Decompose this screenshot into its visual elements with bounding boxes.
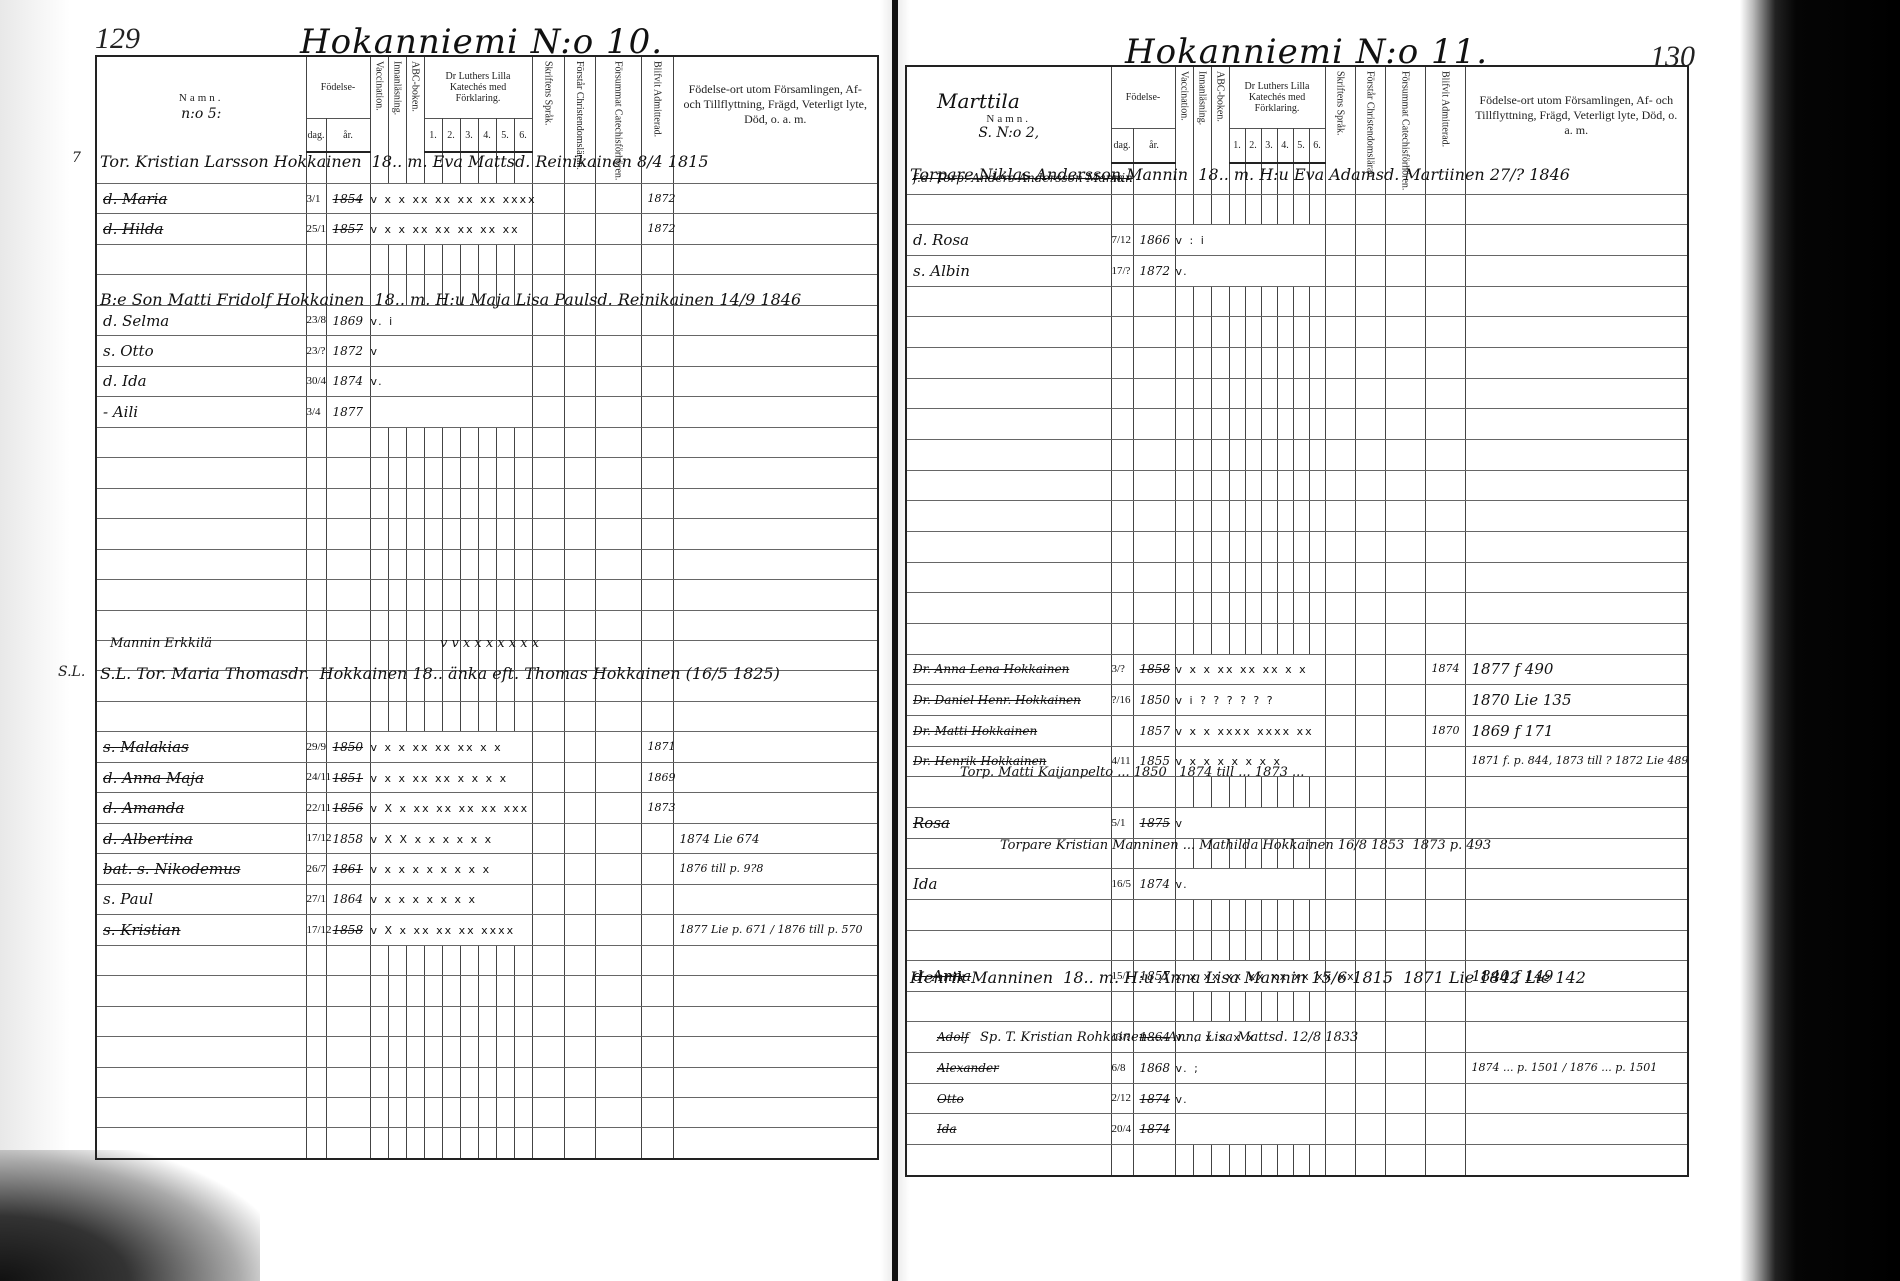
entry-name: Ida (907, 875, 937, 893)
entry-name: Dr. Anna Lena Hokkainen (907, 662, 1069, 676)
exam-marks: v x x x x x x x x (371, 863, 492, 876)
birth-day: 17/? (1112, 266, 1131, 277)
col-header-cat-4: 4. (1277, 129, 1293, 163)
table-row (906, 899, 1688, 930)
remarks-text: 1876 till p. 9?8 (674, 862, 764, 875)
exam-marks: v x x xxxx xxxx xx (1176, 725, 1314, 738)
admitted-year: 1874 (1426, 662, 1460, 675)
col-header-cat-4: 4. (478, 118, 496, 152)
admitted-year: 1870 (1426, 724, 1460, 737)
birth-day: 23/? (307, 346, 326, 357)
table-row: s. Malakias29/91850v x x xx xx xx x x187… (96, 732, 878, 762)
col-header-catechism: Dr Luthers Lilla Katechés med Förklaring… (424, 56, 532, 118)
exam-marks-above: v v x x x x x x x (440, 636, 539, 651)
table-row: d. Amanda22/111856v X x xx xx xx xx xxx1… (96, 793, 878, 823)
entry-name: s. Albin (907, 262, 970, 280)
birth-year: 1866 (1134, 233, 1171, 247)
remarks-text: 1874 Lie 674 (674, 832, 760, 846)
exam-marks: v. ; (1176, 1062, 1200, 1075)
col-header-forsummat: Försummat Catechisförhören. (1385, 66, 1425, 163)
header-row: Marttila Namn. S. N:o 2, Födelse- Vaccin… (906, 66, 1688, 129)
entry-name: d. Rosa (907, 231, 969, 249)
entry-name: s. Malakias (97, 738, 189, 756)
table-row (96, 427, 878, 457)
exam-marks: v x x xx xx xx xx xx (371, 223, 520, 236)
entry-name: - Aili (97, 403, 138, 421)
col-header-admitterad: Blifvit Admitterad. (641, 56, 673, 152)
exam-marks: v. (371, 375, 384, 388)
entry-name: Dr. Daniel Henr. Hokkainen (907, 693, 1081, 707)
col-header-name: Namn. n:o 5: (96, 56, 306, 152)
household-number: n:o 5: (97, 106, 306, 122)
table-row: bat. s. Nikodemus26/71861v x x x x x x x… (96, 854, 878, 884)
right-page: Hokanniemi N:o 11. 130 Marttila Namn. S.… (900, 0, 1740, 1281)
admitted-year: 1872 (642, 222, 676, 235)
exam-marks: v. (1176, 878, 1189, 891)
margin-mark: S.L. (58, 664, 85, 680)
col-header-innanlasning: Innanläsning. (1193, 66, 1211, 163)
exam-marks: v X x xx xx xx xxxx (371, 924, 516, 937)
table-row: d. Ida30/41874v. (96, 366, 878, 396)
exam-marks: v X X x x x x x x (371, 833, 494, 846)
col-header-remarks: Födelse-ort utom Församlingen, Af- och T… (673, 56, 878, 152)
table-row (906, 317, 1688, 348)
table-row: d. Selma23/81869v. i (96, 305, 878, 335)
table-row: Dr. Matti Hokkainen1857v x x xxxx xxxx x… (906, 715, 1688, 746)
table-row (96, 1006, 878, 1036)
interlinear-note: Mannin Erkkilä (110, 636, 212, 651)
table-row: Ida16/51874v. (906, 869, 1688, 900)
col-header-cat-2: 2. (442, 118, 460, 152)
col-header-vaccination: Vaccination. (1175, 66, 1193, 163)
col-header-name: Marttila Namn. S. N:o 2, (906, 66, 1111, 163)
entry-name: Rosa (907, 814, 950, 832)
col-header-vaccination: Vaccination. (370, 56, 388, 152)
entry-name: d. Ida (97, 372, 147, 390)
table-row (96, 701, 878, 731)
table-row (96, 1128, 878, 1159)
birth-day: 20/4 (1112, 1124, 1132, 1135)
col-header-year: år. (1133, 129, 1175, 163)
table-row: Dr. Anna Lena Hokkainen3/?1858v x x xx x… (906, 654, 1688, 685)
col-header-cat-1: 1. (424, 118, 442, 152)
table-row (96, 519, 878, 549)
birth-day: 29/9 (307, 742, 327, 753)
birth-year: 1868 (1134, 1061, 1171, 1075)
col-header-abc: ABC-boken. (1211, 66, 1229, 163)
birth-day: 27/1 (307, 894, 327, 905)
birth-day: 23/8 (307, 315, 327, 326)
col-header-admitterad: Blifvit Admitterad. (1425, 66, 1465, 163)
birth-year: 1874 (1134, 877, 1171, 891)
table-row (96, 1037, 878, 1067)
table-row: d. Hilda25/11857v x x xx xx xx xx xx1872 (96, 214, 878, 244)
scan-border-right (1740, 0, 1900, 1281)
remarks-text: 1871 f. p. 844, 1873 till ? 1872 Lie 489 (1466, 754, 1689, 767)
table-row (96, 945, 878, 975)
entry-name: Dr. Matti Hokkainen (907, 724, 1037, 738)
remarks-text: 1877 Lie p. 671 / 1876 till p. 570 (674, 923, 863, 936)
table-row: d. Rosa7/121866v : i (906, 225, 1688, 256)
birth-year: 1875 (1134, 816, 1171, 830)
col-header-skriftens: Skriftens Språk. (1325, 66, 1355, 163)
admitted-year: 1869 (642, 771, 676, 784)
table-row (906, 623, 1688, 654)
col-header-cat-6: 6. (514, 118, 532, 152)
table-row: Dr. Daniel Henr. Hokkainen?/161850v i ? … (906, 685, 1688, 716)
entry-name: d. Selma (97, 312, 169, 330)
household-head-entry: Torpare Kristian Manninen ... Mathilda H… (1000, 838, 1491, 853)
table-row (96, 244, 878, 274)
birth-day: 5/1 (1112, 818, 1126, 829)
table-row (906, 562, 1688, 593)
table-row (906, 378, 1688, 409)
header-row: Namn. n:o 5: Födelse- Vaccination. Innan… (96, 56, 878, 118)
col-header-cat-1: 1. (1229, 129, 1245, 163)
table-row (906, 470, 1688, 501)
entry-name: Adolf (907, 1030, 969, 1044)
table-row: Rosa5/11875v (906, 807, 1688, 838)
birth-year: 1864 (327, 892, 364, 906)
table-row (906, 501, 1688, 532)
entry-name: d. Anna Maja (97, 769, 204, 787)
table-row (906, 930, 1688, 961)
exam-marks: v x x xx xx xx xx xxxx (371, 193, 537, 206)
entry-name: d. Amanda (97, 799, 184, 817)
exam-marks: v. (1176, 1093, 1189, 1106)
entry-name: Alexander (907, 1061, 999, 1075)
table-row (906, 1145, 1688, 1176)
exam-marks: v x x xx xx x x x x (371, 772, 509, 785)
col-header-cat-3: 3. (1261, 129, 1277, 163)
table-row (906, 348, 1688, 379)
birth-year: 1856 (327, 801, 364, 815)
entry-name: d. Albertina (97, 830, 193, 848)
birth-year: 1872 (327, 344, 364, 358)
admitted-year: 1872 (642, 192, 676, 205)
col-header-forsummat: Försummat Catechisförhören. (595, 56, 641, 152)
exam-marks: v. (1176, 265, 1189, 278)
table-row: - Aili3/41877 (96, 397, 878, 427)
birth-year: 1857 (1134, 724, 1171, 738)
entry-name: d. Maria (97, 190, 167, 208)
birth-day: 7/12 (1112, 235, 1132, 246)
remarks-text: 1869 f 171 (1466, 722, 1554, 740)
birth-day: 3/? (1112, 664, 1125, 675)
table-row (96, 488, 878, 518)
table-row (96, 549, 878, 579)
col-header-skriftens: Skriftens Språk. (532, 56, 564, 152)
birth-year: 1858 (327, 832, 364, 846)
table-row: Ida20/41874 (906, 1114, 1688, 1145)
birth-year: 1869 (327, 314, 364, 328)
entry-name: bat. s. Nikodemus (97, 860, 240, 878)
household-head-entry: Torpare Niklas Andersson Mannin 18.. m. … (910, 165, 1570, 184)
margin-mark: 7 (72, 150, 81, 166)
birth-year: 1872 (1134, 264, 1171, 278)
left-page: 129 Hokanniemi N:o 10. Namn. n:o 5: Föde… (0, 0, 895, 1281)
household-head-entry: S.L. Tor. Maria Thomasdr. Hokkainen 18..… (100, 664, 780, 683)
table-row (96, 1067, 878, 1097)
entry-name: s. Otto (97, 342, 154, 360)
entry-name: s. Kristian (97, 921, 181, 939)
col-header-remarks: Födelse-ort utom Församlingen, Af- och T… (1465, 66, 1688, 163)
household-head-entry: Henrik Manninen 18.. m. H:u Anna Lisa Ma… (910, 968, 1586, 987)
birth-year: 1850 (1134, 693, 1171, 707)
table-row (906, 777, 1688, 808)
exam-marks: v X x xx xx xx xx xxx (371, 802, 530, 815)
table-row (906, 409, 1688, 440)
entry-name: s. Paul (97, 890, 153, 908)
birth-day: 6/8 (1112, 1063, 1126, 1074)
ledger-table: Marttila Namn. S. N:o 2, Födelse- Vaccin… (905, 65, 1689, 1177)
birth-year: 1858 (1134, 662, 1171, 676)
table-row (906, 286, 1688, 317)
birth-year: 1877 (327, 405, 364, 419)
birth-year: 1874 (1134, 1122, 1171, 1136)
col-header-catechism: Dr Luthers Lilla Katechés med Förklaring… (1229, 66, 1325, 129)
birth-day: 16/5 (1112, 879, 1132, 890)
table-row (906, 194, 1688, 225)
exam-marks: v. i (371, 315, 395, 328)
table-row: s. Otto23/?1872v (96, 336, 878, 366)
table-row: s. Paul27/11864v x x x x x x x (96, 884, 878, 914)
col-header-day: dag. (1111, 129, 1133, 163)
birth-day: 3/1 (307, 194, 321, 205)
table-row (906, 991, 1688, 1022)
birth-year: 1850 (327, 740, 364, 754)
birth-year: 1874 (327, 374, 364, 388)
col-header-year: år. (326, 118, 370, 152)
exam-marks: v (1176, 817, 1185, 830)
exam-marks: v x x xx xx xx x x (371, 741, 503, 754)
page-number: 129 (95, 22, 140, 56)
table-row: d. Anna Maja24/111851v x x xx xx x x x x… (96, 762, 878, 792)
exam-marks: v (371, 345, 380, 358)
birth-day: 3/4 (307, 407, 321, 418)
birth-day: 30/4 (307, 376, 327, 387)
col-header-cat-3: 3. (460, 118, 478, 152)
remarks-text: 1870 Lie 135 (1466, 691, 1572, 709)
entry-name: d. Hilda (97, 220, 163, 238)
birth-year: 1861 (327, 862, 364, 876)
birth-year: 1857 (327, 222, 364, 236)
birth-year: 1874 (1134, 1092, 1171, 1106)
col-header-birth: Födelse- (1111, 66, 1175, 129)
admitted-year: 1873 (642, 801, 676, 814)
table-row: d. Albertina17/121858v X X x x x x x x18… (96, 823, 878, 853)
col-header-innanlasning: Innanläsning. (388, 56, 406, 152)
table-row: s. Kristian17/121858v X x xx xx xx xxxx1… (96, 915, 878, 945)
table-row: d. Maria3/11854v x x xx xx xx xx xxxx187… (96, 183, 878, 213)
household-head-entry: Torp. Matti Kaijanpelto ... 1850 1874 ti… (960, 765, 1304, 780)
ledger-table: Namn. n:o 5: Födelse- Vaccination. Innan… (95, 55, 879, 1160)
table-row (96, 458, 878, 488)
exam-marks: v : i (1176, 234, 1206, 247)
entry-name: Ida (907, 1122, 957, 1136)
household-head-entry: Sp. T. Kristian Rohkainen ... Anna Lisa … (980, 1030, 1358, 1045)
birth-day: ?/16 (1112, 695, 1131, 706)
household-head-entry: Tor. Kristian Larsson Hokkainen 18.. m. … (100, 152, 709, 171)
col-header-cat-5: 5. (496, 118, 514, 152)
table-row (906, 531, 1688, 562)
birth-year: 1858 (327, 923, 364, 937)
col-header-forstar: Förstår Christendomsläran. (564, 56, 595, 152)
table-row (906, 440, 1688, 471)
birth-day: 2/12 (1112, 1093, 1132, 1104)
remarks-text: 1874 ... p. 1501 / 1876 ... p. 1501 (1466, 1061, 1658, 1074)
col-header-abc: ABC-boken. (406, 56, 424, 152)
table-row: s. Albin17/?1872v. (906, 256, 1688, 287)
exam-marks: v x x xx xx xx x x (1176, 663, 1308, 676)
table-row (96, 1098, 878, 1128)
table-row (906, 593, 1688, 624)
household-head-entry: B:e Son Matti Fridolf Hokkainen 18.. m. … (100, 290, 801, 309)
birth-year: 1851 (327, 771, 364, 785)
table-row (96, 580, 878, 610)
col-header-cat-5: 5. (1293, 129, 1309, 163)
entry-name: Otto (907, 1092, 964, 1106)
birth-day: 25/1 (307, 224, 327, 235)
village-name: Marttila (907, 89, 1111, 113)
col-header-cat-2: 2. (1245, 129, 1261, 163)
table-row: Alexander6/81868v. ;1874 ... p. 1501 / 1… (906, 1053, 1688, 1084)
col-header-birth: Födelse- (306, 56, 370, 118)
table-row (96, 976, 878, 1006)
household-number: S. N:o 2, (907, 125, 1111, 141)
birth-year: 1854 (327, 192, 364, 206)
exam-marks: v x x x x x x x (371, 893, 478, 906)
remarks-text: 1877 f 490 (1466, 660, 1554, 678)
exam-marks: v i ? ? ? ? ? ? (1176, 694, 1275, 707)
admitted-year: 1871 (642, 740, 676, 753)
col-header-cat-6: 6. (1309, 129, 1325, 163)
col-header-forstar: Förstår Christendomsläran. (1355, 66, 1385, 163)
table-row: Otto2/121874v. (906, 1083, 1688, 1114)
birth-day: 26/7 (307, 864, 327, 875)
col-header-day: dag. (306, 118, 326, 152)
